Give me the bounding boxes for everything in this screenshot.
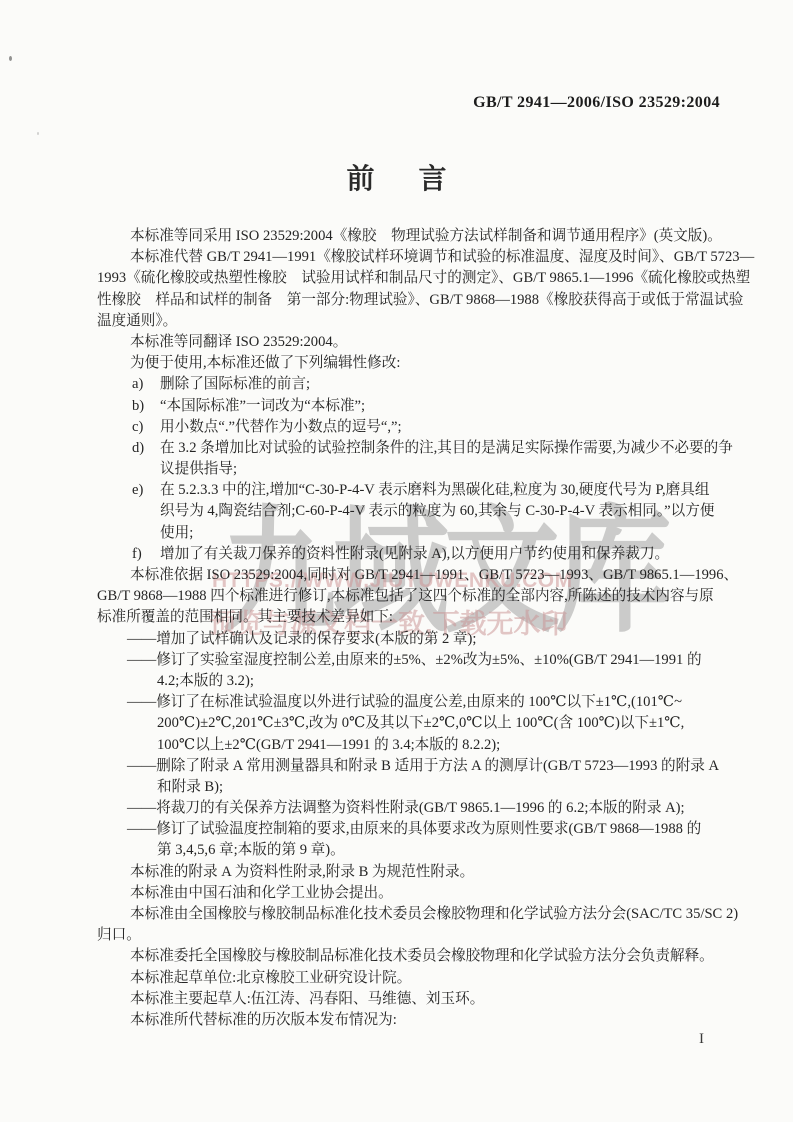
text-line: ——增加了试样确认及记录的保存要求(本版的第 2 章); <box>97 629 737 650</box>
text-line: 为便于使用,本标准还做了下列编辑性修改: <box>97 353 737 374</box>
text-line: 本标准的附录 A 为资料性附录,附录 B 为规范性附录。 <box>97 862 737 883</box>
text-line: 本标准起草单位:北京橡胶工业研究设计院。 <box>97 968 737 989</box>
list-item-line: e)在 5.2.3.3 中的注,增加“C-30-P-4-V 表示磨料为黑碳化硅,… <box>97 480 737 501</box>
text-line: ——修订了试验温度控制箱的要求,由原来的具体要求改为原则性要求(GB/T 986… <box>97 819 737 840</box>
text-line: 本标准由全国橡胶与橡胶制品标准化技术委员会橡胶物理和化学试验方法分会(SAC/T… <box>97 904 737 925</box>
list-marker: e) <box>132 480 160 501</box>
text-line: ——删除了附录 A 常用测量器具和附录 B 适用于方法 A 的测厚计(GB/T … <box>97 756 737 777</box>
list-marker: c) <box>132 417 160 438</box>
text-line: 本标准所代替标准的历次版本发布情况为: <box>97 1010 737 1031</box>
list-item-line: c)用小数点“.”代替作为小数点的逗号“,”; <box>97 417 737 438</box>
text-line: ——将裁刀的有关保养方法调整为资料性附录(GB/T 9865.1—1996 的 … <box>97 798 737 819</box>
text-line: 本标准主要起草人:伍江涛、冯春阳、马维德、刘玉环。 <box>97 989 737 1010</box>
text-line: 性橡胶 样品和试样的制备 第一部分:物理试验》、GB/T 9868—1988《橡… <box>97 290 737 311</box>
list-marker: f) <box>132 544 160 565</box>
page-number: I <box>699 1031 704 1048</box>
text-line: 织号为 4,陶瓷结合剂;C-60-P-4-V 表示的粒度为 60,其余与 C-3… <box>97 501 737 522</box>
text-line: 本标准等同翻译 ISO 23529:2004。 <box>97 332 737 353</box>
text-line: 本标准由中国石油和化学工业协会提出。 <box>97 883 737 904</box>
list-text: 用小数点“.”代替作为小数点的逗号“,”; <box>160 419 402 435</box>
text-line: 和附录 B); <box>97 777 737 798</box>
list-text: 在 3.2 条增加比对试验的试验控制条件的注,其目的是满足实际操作需要,为减少不… <box>160 440 733 456</box>
text-line: 本标准依据 ISO 23529:2004,同时对 GB/T 2941—1991、… <box>97 565 737 586</box>
text-line: ——修订了在标准试验温度以外进行试验的温度公差,由原来的 100℃以下±1℃,(… <box>97 692 737 713</box>
list-text: 增加了有关裁刀保养的资料性附录(见附录 A),以方便用户节约使用和保养裁刀。 <box>160 546 669 562</box>
foreword-body: 本标准等同采用 ISO 23529:2004《橡胶 物理试验方法试样制备和调节通… <box>97 226 737 1031</box>
list-text: 删除了国际标准的前言; <box>160 376 310 392</box>
page-title: 前言 <box>0 157 793 197</box>
text-line: 本标准等同采用 ISO 23529:2004《橡胶 物理试验方法试样制备和调节通… <box>97 226 737 247</box>
list-item-line: d)在 3.2 条增加比对试验的试验控制条件的注,其目的是满足实际操作需要,为减… <box>97 438 737 459</box>
standard-number: GB/T 2941—2006/ISO 23529:2004 <box>473 94 720 112</box>
text-line: 议提供指导; <box>97 459 737 480</box>
text-line: ——修订了实验室湿度控制公差,由原来的±5%、±2%改为±5%、±10%(GB/… <box>97 650 737 671</box>
text-line: 第 3,4,5,6 章;本版的第 9 章)。 <box>97 840 737 861</box>
scan-speck <box>37 132 39 135</box>
list-text: “本国际标准”一词改为“本标准”; <box>160 398 365 414</box>
text-line: 本标准代替 GB/T 2941—1991《橡胶试样环境调节和试验的标准温度、湿度… <box>97 247 737 268</box>
text-line: 4.2;本版的 3.2); <box>97 671 737 692</box>
text-line: 本标准委托全国橡胶与橡胶制品标准化技术委员会橡胶物理和化学试验方法分会负责解释。 <box>97 946 737 967</box>
text-line: 1993《硫化橡胶或热塑性橡胶 试验用试样和制品尺寸的测定》、GB/T 9865… <box>97 268 737 289</box>
text-line: 标准所覆盖的范围相同。其主要技术差异如下: <box>97 607 737 628</box>
text-line: 使用; <box>97 523 737 544</box>
scan-speck <box>9 56 12 61</box>
text-line: GB/T 9868—1988 四个标准进行修订,本标准包括了这四个标准的全部内容… <box>97 586 737 607</box>
list-marker: d) <box>132 438 160 459</box>
list-item-line: b)“本国际标准”一词改为“本标准”; <box>97 396 737 417</box>
text-line: 归口。 <box>97 925 737 946</box>
text-line: 200℃)±2℃,201℃±3℃,改为 0℃及其以下±2℃,0℃以上 100℃(… <box>97 713 737 734</box>
list-text: 在 5.2.3.3 中的注,增加“C-30-P-4-V 表示磨料为黑碳化硅,粒度… <box>160 482 709 498</box>
text-line: 温度通则》。 <box>97 311 737 332</box>
list-marker: a) <box>132 374 160 395</box>
list-item-line: a)删除了国际标准的前言; <box>97 374 737 395</box>
list-item-line: f)增加了有关裁刀保养的资料性附录(见附录 A),以方便用户节约使用和保养裁刀。 <box>97 544 737 565</box>
document-page: GB/T 2941—2006/ISO 23529:2004 前言 九域文库 HT… <box>0 0 793 1122</box>
text-line: 100℃以上±2℃(GB/T 2941—1991 的 3.4;本版的 8.2.2… <box>97 735 737 756</box>
list-marker: b) <box>132 396 160 417</box>
